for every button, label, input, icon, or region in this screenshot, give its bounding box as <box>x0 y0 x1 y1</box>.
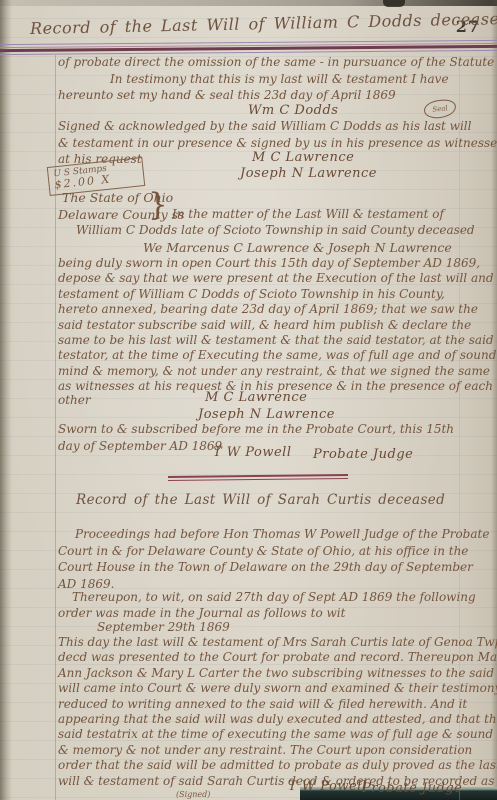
affidavit-tail: other <box>58 394 91 409</box>
handwritten-line: This day the last will & testament of Mr… <box>58 636 497 651</box>
affidavit-body: being duly sworn in open Court this 15th… <box>58 257 496 396</box>
judge-signature: T W Powell <box>213 446 291 461</box>
witness-signature: M C Lawrence <box>252 151 354 166</box>
handwritten-line: same to be his last will & testament & t… <box>58 334 496 349</box>
handwritten-line: said testator subscribe said will, & hea… <box>58 319 496 334</box>
handwritten-line: hereto annexed, bearing date 23d day of … <box>58 303 496 318</box>
testator-signature: Wm C Dodds <box>248 104 338 119</box>
handwritten-line: decd was presented to the Court for prob… <box>58 651 497 666</box>
handwritten-line: Thereupon, to wit, on said 27th day of S… <box>72 591 476 607</box>
handwritten-line: Ann Jackson & Mary L Carter the two subs… <box>58 667 497 682</box>
header-rule <box>0 40 497 55</box>
section-divider <box>168 474 348 483</box>
handwritten-line: being duly sworn in open Court this 15th… <box>58 257 496 272</box>
judge-title: Probate Judge <box>313 448 413 463</box>
handwritten-line: Court House in the Town of Delaware on t… <box>58 561 473 577</box>
probate-order-body: This day the last will & testament of Mr… <box>58 636 497 790</box>
ledger-page: 27 Record of the Last Will of William C … <box>0 0 497 800</box>
signed-note: (Signed) <box>176 790 210 799</box>
matter-line: In the matter of the Last Will & testame… <box>172 208 444 222</box>
handwritten-line: Sworn to & subscribed before me in the P… <box>58 423 454 440</box>
handwritten-line: order that the said will be admitted to … <box>58 759 497 774</box>
binding-mark <box>383 0 405 7</box>
handwritten-line: & memory & not under any restraint. The … <box>58 744 497 759</box>
handwritten-line: Signed & acknowledged by the said Willia… <box>58 120 497 137</box>
witness-signature: M C Lawrence <box>205 391 307 406</box>
judge-signature: T W Powell <box>288 780 366 795</box>
divider-line <box>168 478 348 481</box>
judge-title: Probate Judge <box>362 782 462 797</box>
curtis-record-heading: Record of the Last Will of Sarah Curtis … <box>76 493 445 509</box>
handwritten-line: of probate direct the omission of the sa… <box>58 56 494 73</box>
handwritten-line: said testatrix at the time of executing … <box>58 728 497 743</box>
handwritten-line: Court in & for Delaware County & State o… <box>58 545 468 561</box>
witness-signature: Joseph N Lawrence <box>240 167 377 182</box>
handwritten-line: testament of William C Dodds of Scioto T… <box>58 288 496 303</box>
handwritten-line: mind & memory, & not under any restraint… <box>58 365 496 380</box>
handwritten-line: depose & say that we were present at the… <box>58 272 496 287</box>
handwritten-line: will came into Court & were duly sworn a… <box>58 682 497 697</box>
handwritten-line: Proceedings had before Hon Thomas W Powe… <box>75 528 489 544</box>
caption-brace: } <box>148 187 168 223</box>
handwritten-line: reduced to writing annexed to the said w… <box>58 698 497 713</box>
dodds-closing-paragraph: of probate direct the omission of the sa… <box>58 56 494 106</box>
witness-signature: Joseph N Lawrence <box>198 408 335 423</box>
handwritten-line: testator, at the time of Executing the s… <box>58 349 496 364</box>
page-top-edge <box>0 0 497 6</box>
matter-line: William C Dodds late of Scioto Township … <box>76 224 475 238</box>
handwritten-line: appearing that the said will was duly ex… <box>58 713 497 728</box>
page-title: Record of the Last Will of William C Dod… <box>30 10 497 38</box>
page-gutter-shadow <box>0 0 11 800</box>
handwritten-line: In testimony that this is my last will &… <box>58 73 494 90</box>
affidavit-heading: We Marcenus C Lawrence & Joseph N Lawren… <box>143 241 452 255</box>
